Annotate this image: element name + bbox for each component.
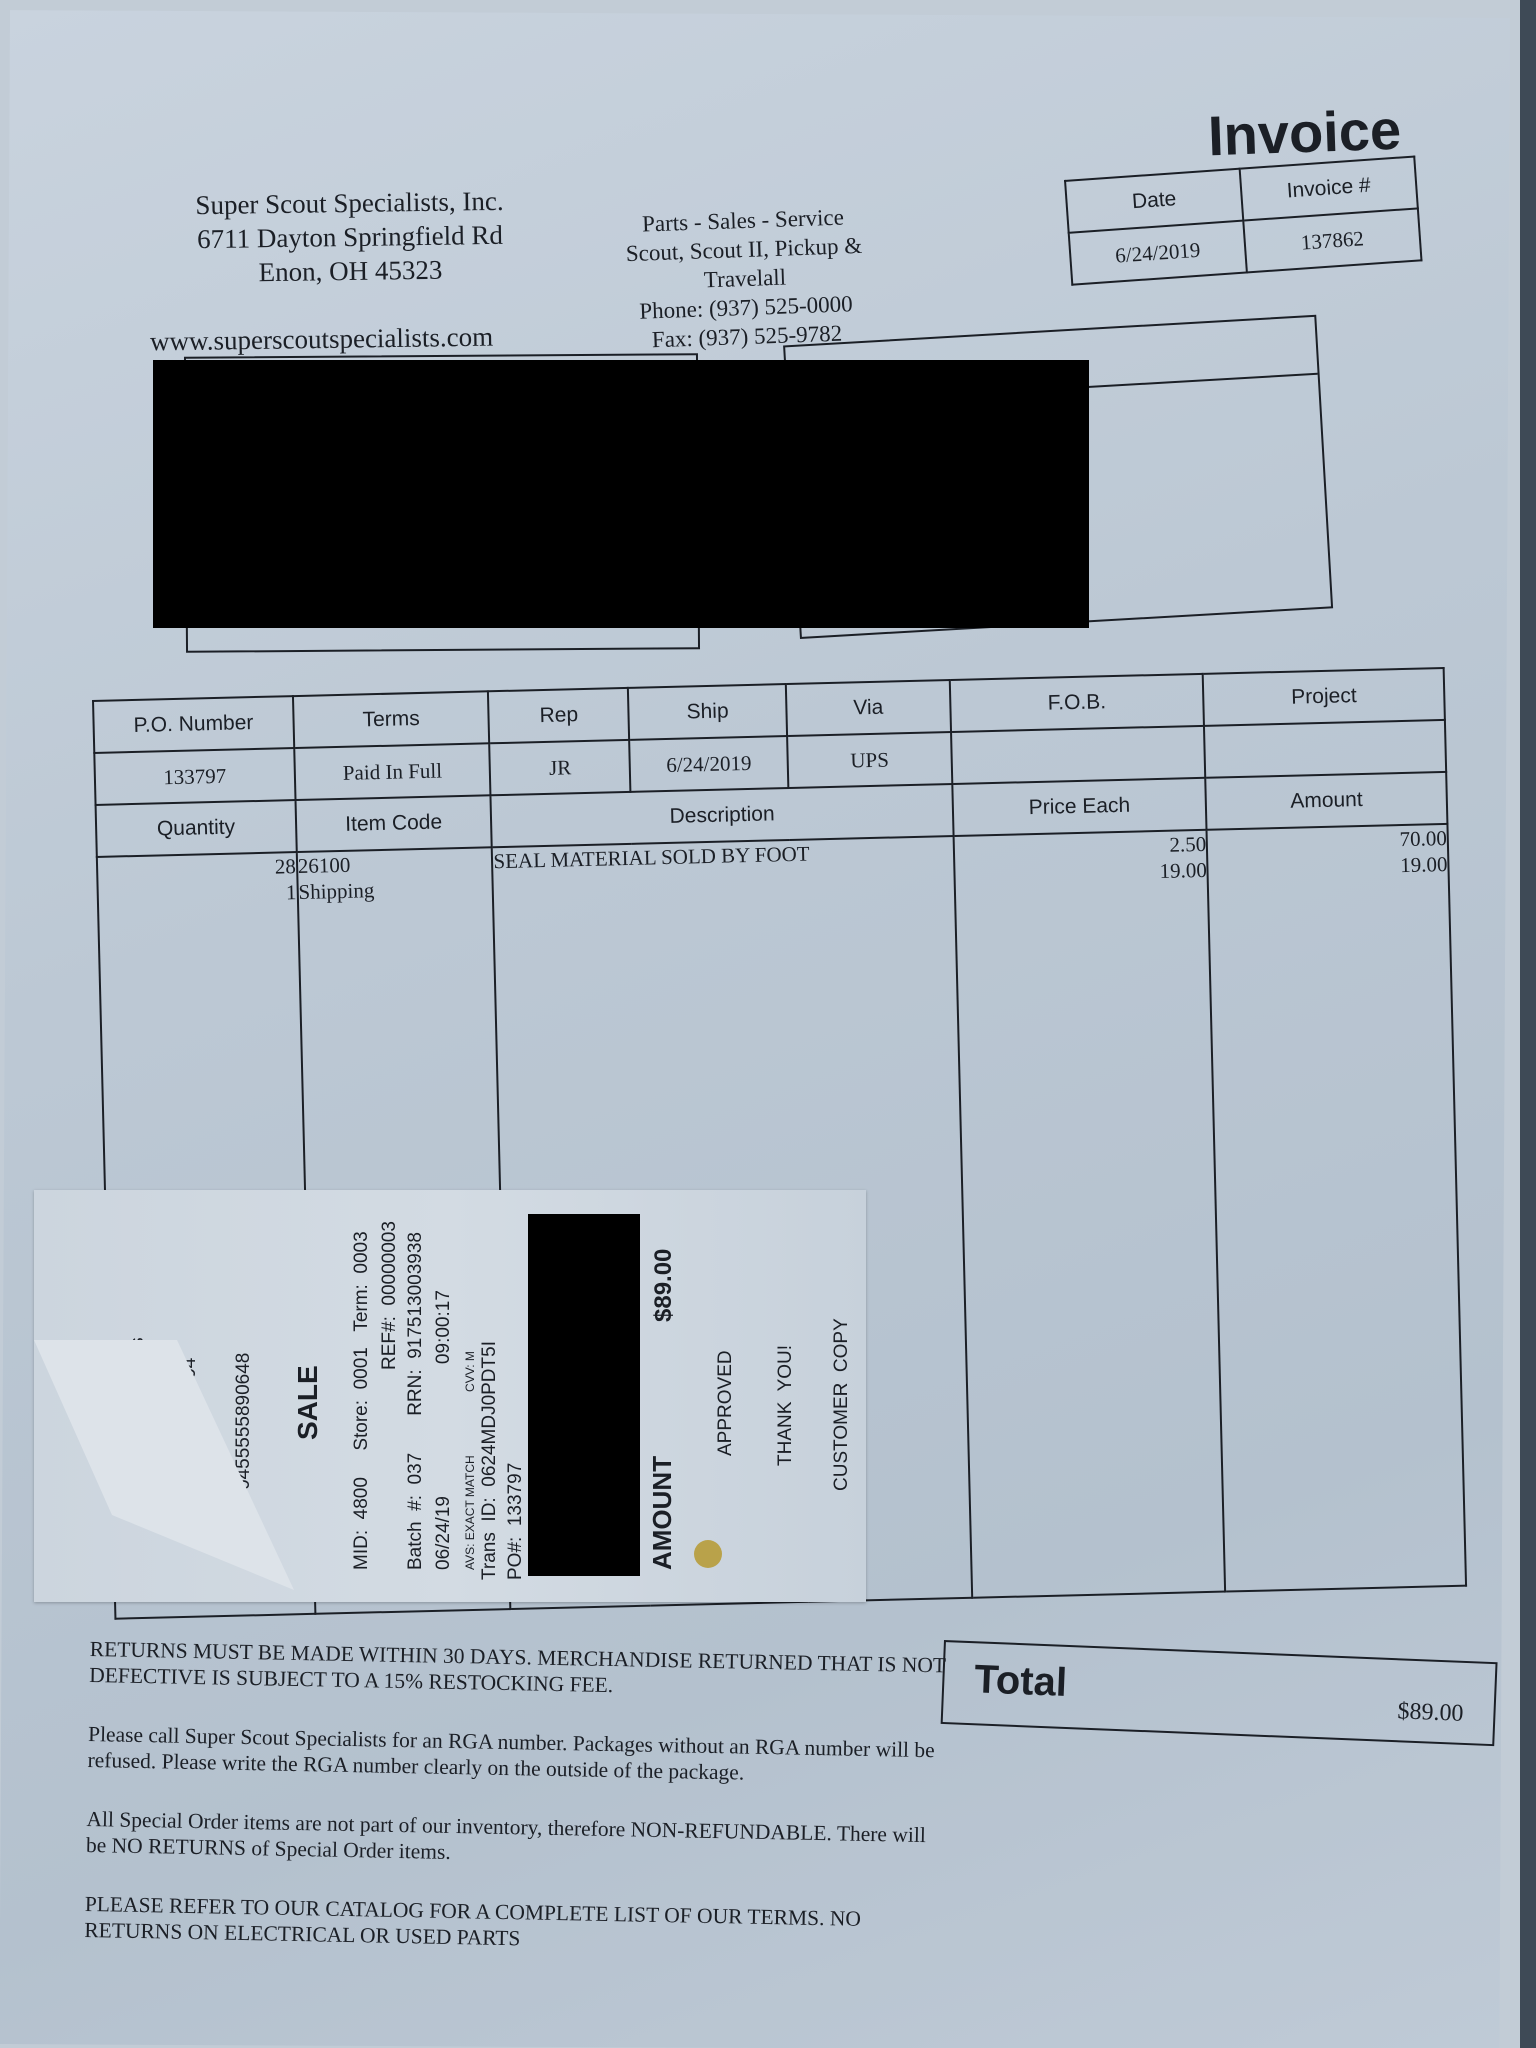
policy-paragraph: Please call Super Scout Specialists for … <box>87 1721 948 1790</box>
company-city: Enon, OH 45323 <box>150 251 550 291</box>
policy-paragraph: PLEASE REFER TO OUR CATALOG FOR A COMPLE… <box>84 1891 945 1960</box>
receipt-batch-line: Batch #: 037 RRN: 917513003938 <box>404 1220 428 1570</box>
receipt-customer-copy: CUSTOMER COPY <box>830 1316 854 1491</box>
invoice-number: 137862 <box>1243 208 1421 272</box>
company-block: Super Scout Specialists, Inc. 6711 Dayto… <box>149 183 550 291</box>
item-code-header: Item Code <box>295 795 492 852</box>
via-value: UPS <box>787 732 952 788</box>
fob-value <box>951 726 1206 784</box>
total-label: Total <box>974 1657 1068 1706</box>
company-street: 6711 Dayton Springfield Rd <box>150 217 550 257</box>
invoice-date: 6/24/2019 <box>1069 221 1247 285</box>
item-code-value: Shipping <box>298 874 492 905</box>
amount-column: 70.00 19.00 <box>1207 824 1466 1592</box>
receipt-mid-line: MID: 4800 Store: 0001 Term: 0003 <box>350 1220 374 1570</box>
receipt-sale-label: SALE <box>296 1350 320 1440</box>
return-policy: RETURNS MUST BE MADE WITHIN 30 DAYS. MER… <box>83 1636 949 1992</box>
project-header: Project <box>1203 668 1445 726</box>
fob-header: F.O.B. <box>950 674 1205 732</box>
receipt-date-line: 06/24/19 09:00:17 <box>432 1220 456 1570</box>
po-number-value: 133797 <box>94 748 295 805</box>
total-value: $89.00 <box>1397 1698 1464 1728</box>
ship-header: Ship <box>628 684 787 740</box>
price-each-column: 2.50 19.00 <box>953 830 1225 1598</box>
price-each-value: 19.00 <box>955 857 1207 889</box>
adhesive-dot <box>694 1540 722 1568</box>
company-website: www.superscoutspecialists.com <box>150 322 494 358</box>
rep-value: JR <box>490 740 631 795</box>
quantity-value: 1 <box>98 879 296 910</box>
receipt-ref-line: REF#: 00000003 <box>378 1220 402 1370</box>
ship-value: 6/24/2019 <box>629 736 788 792</box>
quantity-header: Quantity <box>96 800 297 857</box>
rep-header: Rep <box>488 688 629 743</box>
receipt-amount-label: AMOUNT <box>650 1440 674 1570</box>
receipt-thank-you: THANK YOU! <box>774 1336 798 1466</box>
amount-value: 19.00 <box>1208 851 1447 883</box>
terms-header: Terms <box>293 691 490 748</box>
po-number-header: P.O. Number <box>93 696 294 753</box>
project-value <box>1204 720 1446 778</box>
policy-paragraph: All Special Order items are not part of … <box>86 1806 947 1875</box>
receipt-approved: APPROVED <box>714 1346 738 1456</box>
receipt-po-line: PO#: 133797 <box>504 1440 528 1580</box>
receipt-merchant-line: 0455555890648 <box>232 1310 256 1490</box>
price-each-header: Price Each <box>952 778 1207 836</box>
redacted-address <box>153 360 1089 628</box>
services-block: Parts - Sales - Service Scout, Scout II,… <box>598 201 893 356</box>
amount-header: Amount <box>1206 772 1448 830</box>
receipt-amount-value: $89.00 <box>652 1222 676 1322</box>
terms-value: Paid In Full <box>294 743 491 800</box>
redacted-card-number <box>528 1214 640 1576</box>
receipt-trans-line: Trans ID: 0624MDJ0PDT5I <box>478 1330 502 1580</box>
via-header: Via <box>786 680 951 736</box>
company-name: Super Scout Specialists, Inc. <box>149 183 549 223</box>
